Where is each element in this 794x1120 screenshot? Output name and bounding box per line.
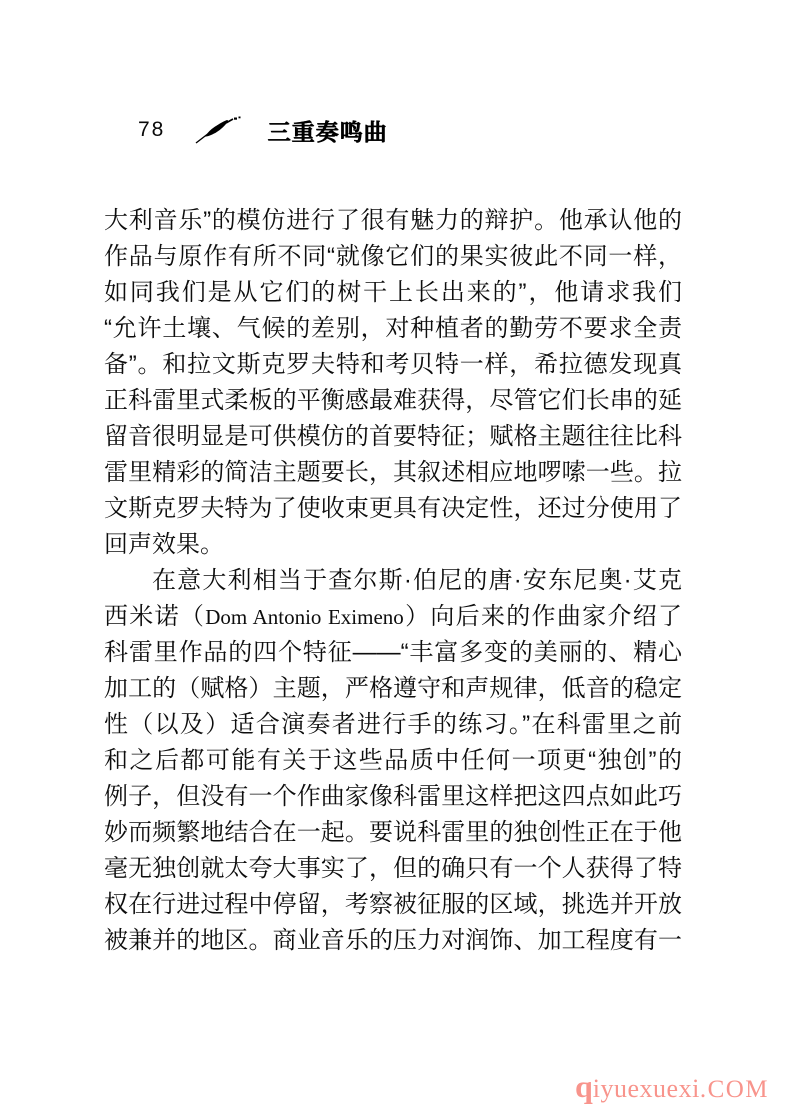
text-line: “允许土壤、气候的差别，对种植者的勤劳不要求全责 xyxy=(104,311,682,347)
page-header: 78 三重奏鸣曲 xyxy=(138,114,387,146)
book-title: 三重奏鸣曲 xyxy=(267,114,387,147)
text-line: 雷里精彩的简洁主题要长，其叙述相应地啰嗦一些。拉 xyxy=(104,455,682,491)
scanned-book-page: 78 三重奏鸣曲 大利音乐”的模仿进行了很有魅力的辩护。他承认他的作品与原作有所… xyxy=(0,0,794,1120)
text-line: 正科雷里式柔板的平衡感最难获得，尽管它们长串的延 xyxy=(104,383,682,419)
quill-icon xyxy=(193,115,243,145)
text-line: 在意大利相当于查尔斯·伯尼的唐·安东尼奥·艾克 xyxy=(104,563,682,599)
cjk-text: ）向后来的作曲家介绍了 xyxy=(404,603,682,630)
text-line: 毫无独创就太夸大事实了，但的确只有一个人获得了特 xyxy=(104,851,682,887)
text-line: 回声效果。 xyxy=(104,527,682,563)
text-line: 作品与原作有所不同“就像它们的果实彼此不同一样， xyxy=(104,239,682,275)
text-line: 科雷里作品的四个特征——“丰富多变的美丽的、精心 xyxy=(104,635,682,671)
text-line: 和之后都可能有关于这些品质中任何一项更“独创”的 xyxy=(104,743,682,779)
text-line: 例子，但没有一个作曲家像科雷里这样把这四点如此巧 xyxy=(104,779,682,815)
text-line: 西米诺（Dom Antonio Eximeno）向后来的作曲家介绍了 xyxy=(104,599,682,635)
watermark-domain: .COM xyxy=(700,1076,769,1104)
latin-text: Dom Antonio Eximeno xyxy=(205,605,404,629)
text-line: 权在行进过程中停留，考察被征服的区域，挑选并开放 xyxy=(104,887,682,923)
text-line: 备”。和拉文斯克罗夫特和考贝特一样，希拉德发现真 xyxy=(104,347,682,383)
text-line: 文斯克罗夫特为了使收束更具有决定性，还过分使用了 xyxy=(104,491,682,527)
text-line: 留音很明显是可供模仿的首要特征；赋格主题往往比科 xyxy=(104,419,682,455)
body-text: 大利音乐”的模仿进行了很有魅力的辩护。他承认他的作品与原作有所不同“就像它们的果… xyxy=(104,203,682,959)
cjk-text: 西米诺（ xyxy=(104,603,205,630)
text-line: 被兼并的地区。商业音乐的压力对润饰、加工程度有一 xyxy=(104,923,682,959)
watermark-initial: q xyxy=(575,1068,593,1105)
text-line: 如同我们是从它们的树干上长出来的”，他请求我们 xyxy=(104,275,682,311)
text-line: 妙而频繁地结合在一起。要说科雷里的独创性正在于他 xyxy=(104,815,682,851)
text-line: 性（以及）适合演奏者进行手的练习。”在科雷里之前 xyxy=(104,707,682,743)
text-line: 加工的（赋格）主题，严格遵守和声规律，低音的稳定 xyxy=(104,671,682,707)
watermark-name: iyuexuexi xyxy=(593,1074,700,1104)
page-number: 78 xyxy=(138,118,165,142)
watermark: q iyuexuexi .COM xyxy=(575,1068,769,1105)
text-line: 大利音乐”的模仿进行了很有魅力的辩护。他承认他的 xyxy=(104,203,682,239)
